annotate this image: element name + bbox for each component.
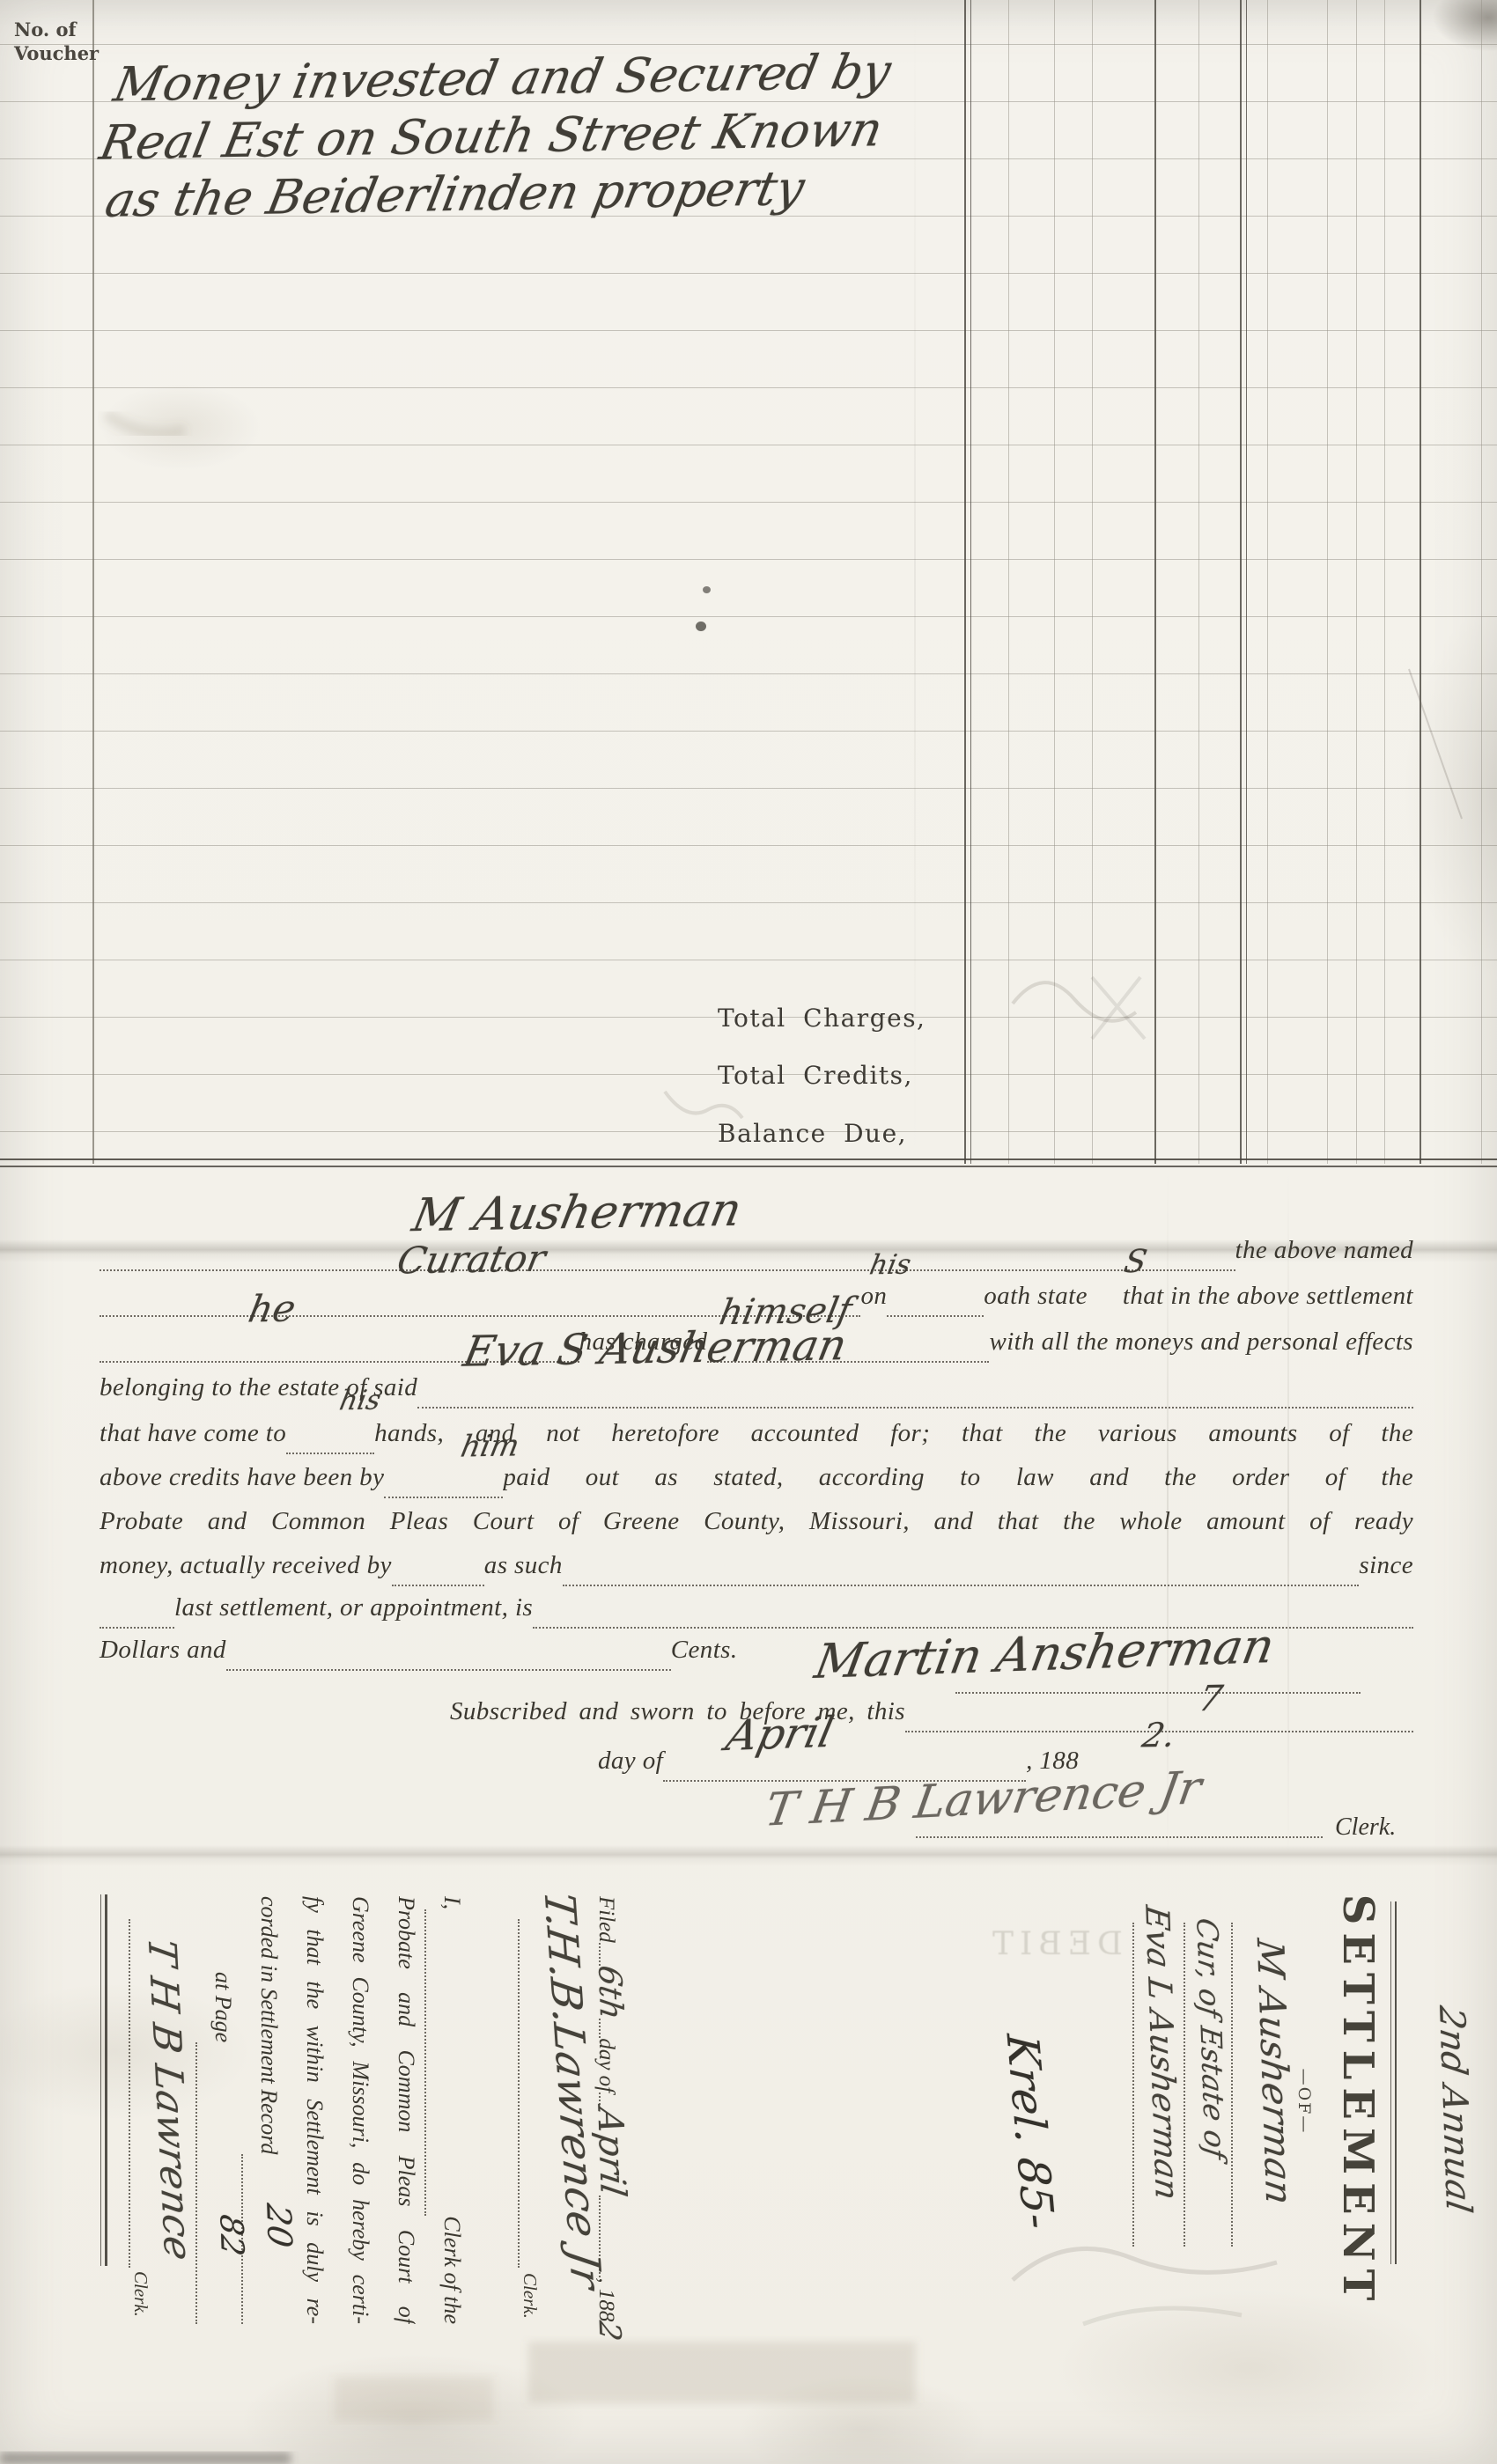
printed-that-have-come: that have come to — [100, 1419, 286, 1448]
dotted-leader — [887, 1315, 984, 1317]
clerk-signature-dotted-line — [916, 1836, 1323, 1838]
printed-that-in-settlement: that in the above settlement — [1123, 1282, 1413, 1311]
voucher-column-line — [92, 0, 94, 1164]
title-rule — [1390, 1901, 1397, 2264]
printed-cert-clerk-label: Clerk. — [129, 2271, 151, 2317]
handwritten-he: he — [246, 1291, 299, 1328]
printed-hands-line: hands, and not heretofore accounted for;… — [374, 1419, 1413, 1448]
dotted-leader — [424, 1909, 426, 2216]
printed-above-named: the above named — [1235, 1236, 1414, 1265]
certificate-line-3: Greene County, Missouri, do hereby certi… — [328, 1896, 373, 2324]
printed-above-credits: above credits have been by — [100, 1463, 384, 1492]
ledger-column-line — [1008, 0, 1009, 1164]
printed-dollars-and: Dollars and — [100, 1636, 226, 1665]
handwritten-role: Curator — [395, 1240, 549, 1280]
printed-as-such: as such — [484, 1551, 563, 1580]
affidavit-line-7: Probate and Common Pleas Court of Greene… — [100, 1507, 1413, 1548]
signature-dotted-line — [955, 1692, 1361, 1694]
ledger-column-line — [1092, 0, 1093, 1164]
affidavit-line-4: belonging to the estate of said — [100, 1373, 1413, 1414]
handwritten-month: April — [722, 1711, 837, 1757]
printed-money-received: money, actually received by — [100, 1551, 392, 1580]
printed-clerk-label: Clerk. — [1335, 1813, 1396, 1842]
ledger-column-line — [1356, 0, 1357, 1164]
affidavit-line-6: above credits have been by paid out as s… — [100, 1463, 1413, 1504]
settlement-title: SETTLEMENT — [1333, 1890, 1383, 2313]
voucher-label-line1: No. of — [14, 18, 99, 41]
ledger-column-line — [1327, 0, 1328, 1164]
cover-dotted-line — [1231, 1923, 1233, 2247]
recording-certificate: I, Clerk of the Probate and Common Pleas… — [190, 1896, 465, 2324]
dotted-leader — [100, 1627, 174, 1629]
handwritten-record-number: 20 — [262, 2202, 297, 2249]
printed-probate-line: Probate and Common Pleas Court of Greene… — [100, 1507, 1413, 1536]
cover-bottom-double-rule — [100, 1894, 107, 2266]
handwritten-name: M Ausherman — [409, 1188, 745, 1239]
certificate-line-1: I, Clerk of the — [419, 1896, 465, 2324]
handwritten-his-1: his — [867, 1252, 913, 1280]
ledger-column-line — [1054, 0, 1055, 1164]
ledger-note-handwritten-line1: Money invested and Secured by — [110, 48, 895, 108]
printed-oath-state: oath state — [984, 1282, 1088, 1311]
ledger-note-handwritten-line3: as the Beiderlinden property — [101, 165, 807, 224]
handwritten-cert-clerk-signature: T H B Lawrence — [142, 1936, 197, 2263]
ledger-column-line — [964, 0, 971, 1164]
ledger-column-line — [1240, 0, 1247, 1164]
dotted-leader — [100, 1269, 1235, 1271]
printed-cents: Cents. — [671, 1636, 738, 1665]
printed-cert-line2: Probate and Common Pleas Court of — [393, 1896, 419, 2324]
settlement-document-scan: No. of Voucher Money invested and Secure… — [0, 0, 1497, 2464]
printed-since: since — [1359, 1551, 1413, 1580]
printed-cert-i: I, — [439, 1896, 465, 1909]
printed-cert-at-page: at Page — [210, 1972, 236, 2042]
handwritten-cover-estate-name: Eva L Ausherman — [1140, 1903, 1184, 2202]
ledger-column-line — [1420, 0, 1421, 1164]
printed-filed-clerk-label: Clerk. — [519, 2273, 541, 2319]
handwritten-year-digit: 2. — [1139, 1718, 1178, 1753]
printed-last-settlement: last settlement, or appointment, is — [174, 1593, 533, 1622]
dotted-leader — [599, 2019, 601, 2038]
dotted-leader — [417, 1407, 1413, 1409]
handwritten-signature: Martin Ansherman — [811, 1622, 1278, 1686]
vertical-crease — [914, 0, 916, 1162]
filing-cover-panel: 2nd Annual SETTLEMENT —OF— M Ausherman C… — [0, 1859, 1497, 2464]
handwritten-annual: 2nd Annual — [1434, 2004, 1476, 2215]
certificate-line-5: corded in Settlement Record — [236, 1896, 282, 2324]
clerk-dotted-line — [518, 1919, 520, 2268]
certificate-line-2: Probate and Common Pleas Court of — [373, 1896, 419, 2324]
cover-dotted-line — [1132, 1923, 1134, 2247]
dotted-leader — [226, 1669, 671, 1671]
clerk-dotted-line — [129, 1919, 130, 2268]
printed-day-of: day of — [598, 1747, 663, 1776]
ledger-column-line — [1154, 0, 1156, 1164]
handwritten-his-2: his — [337, 1387, 383, 1416]
handwritten-cover-role: Cur, of Estate of — [1192, 1916, 1229, 2161]
ledger-column-line — [1481, 0, 1482, 1164]
handwritten-estate-name: Eva S Ausherman — [461, 1324, 851, 1373]
dotted-leader — [286, 1453, 374, 1454]
printed-filed-day-of: day of — [594, 2038, 618, 2093]
printed-cert-clerk-of-the: Clerk of the — [439, 2216, 465, 2324]
ink-blot — [696, 622, 706, 631]
handwritten-filed-year-digit: 2 — [594, 2320, 625, 2343]
printed-cert-line4: fy that the within Settlement is duly re… — [301, 1896, 328, 2324]
certificate-line-4: fy that the within Settlement is duly re… — [282, 1896, 328, 2324]
printed-on: on — [860, 1282, 887, 1311]
total-credits-label: Total Credits, — [718, 1061, 913, 1090]
ledger-column-line — [1384, 0, 1385, 1164]
total-charges-label: Total Charges, — [718, 1004, 925, 1033]
dotted-leader — [384, 1497, 503, 1498]
of-label: —OF— — [1294, 1890, 1314, 2313]
ghost-debit-bleedthrough: DEBIT — [986, 1926, 1123, 1962]
handwritten-docket-note: Krel. 85- — [1000, 2034, 1061, 2231]
handwritten-page-number: 82 — [214, 2212, 247, 2257]
dotted-leader — [599, 1943, 601, 1966]
ledger-bottom-double-rule — [0, 1158, 1497, 1167]
ledger-column-line — [1267, 0, 1268, 1164]
handwritten-him: him — [459, 1431, 522, 1461]
printed-with-all: with all the moneys and personal effects — [989, 1328, 1413, 1357]
affidavit-line-8: money, actually received by as such sinc… — [100, 1551, 1413, 1592]
handwritten-filed-day: 6th — [593, 1963, 626, 2021]
voucher-label-line2: Voucher — [14, 41, 99, 65]
handwritten-cover-name: M Ausherman — [1251, 1937, 1297, 2207]
ledger-note-handwritten-line2: Real Est on South Street Known — [96, 106, 886, 166]
printed-cert-line3: Greene County, Missouri, do hereby certi… — [347, 1896, 373, 2324]
printed-paid-out: paid out as stated, according to law and… — [503, 1463, 1413, 1492]
affidavit-line-1: the above named — [100, 1236, 1413, 1276]
dotted-leader — [563, 1585, 1360, 1586]
affidavit-line-5: that have come to hands, and not heretof… — [100, 1419, 1413, 1460]
ink-blot — [703, 586, 711, 593]
printed-filed: Filed — [594, 1896, 618, 1943]
printed-cert-line5: corded in Settlement Record — [255, 1896, 282, 2154]
dotted-leader — [392, 1585, 484, 1586]
balance-due-label: Balance Due, — [718, 1119, 907, 1148]
ledger-column-line — [1198, 0, 1199, 1164]
